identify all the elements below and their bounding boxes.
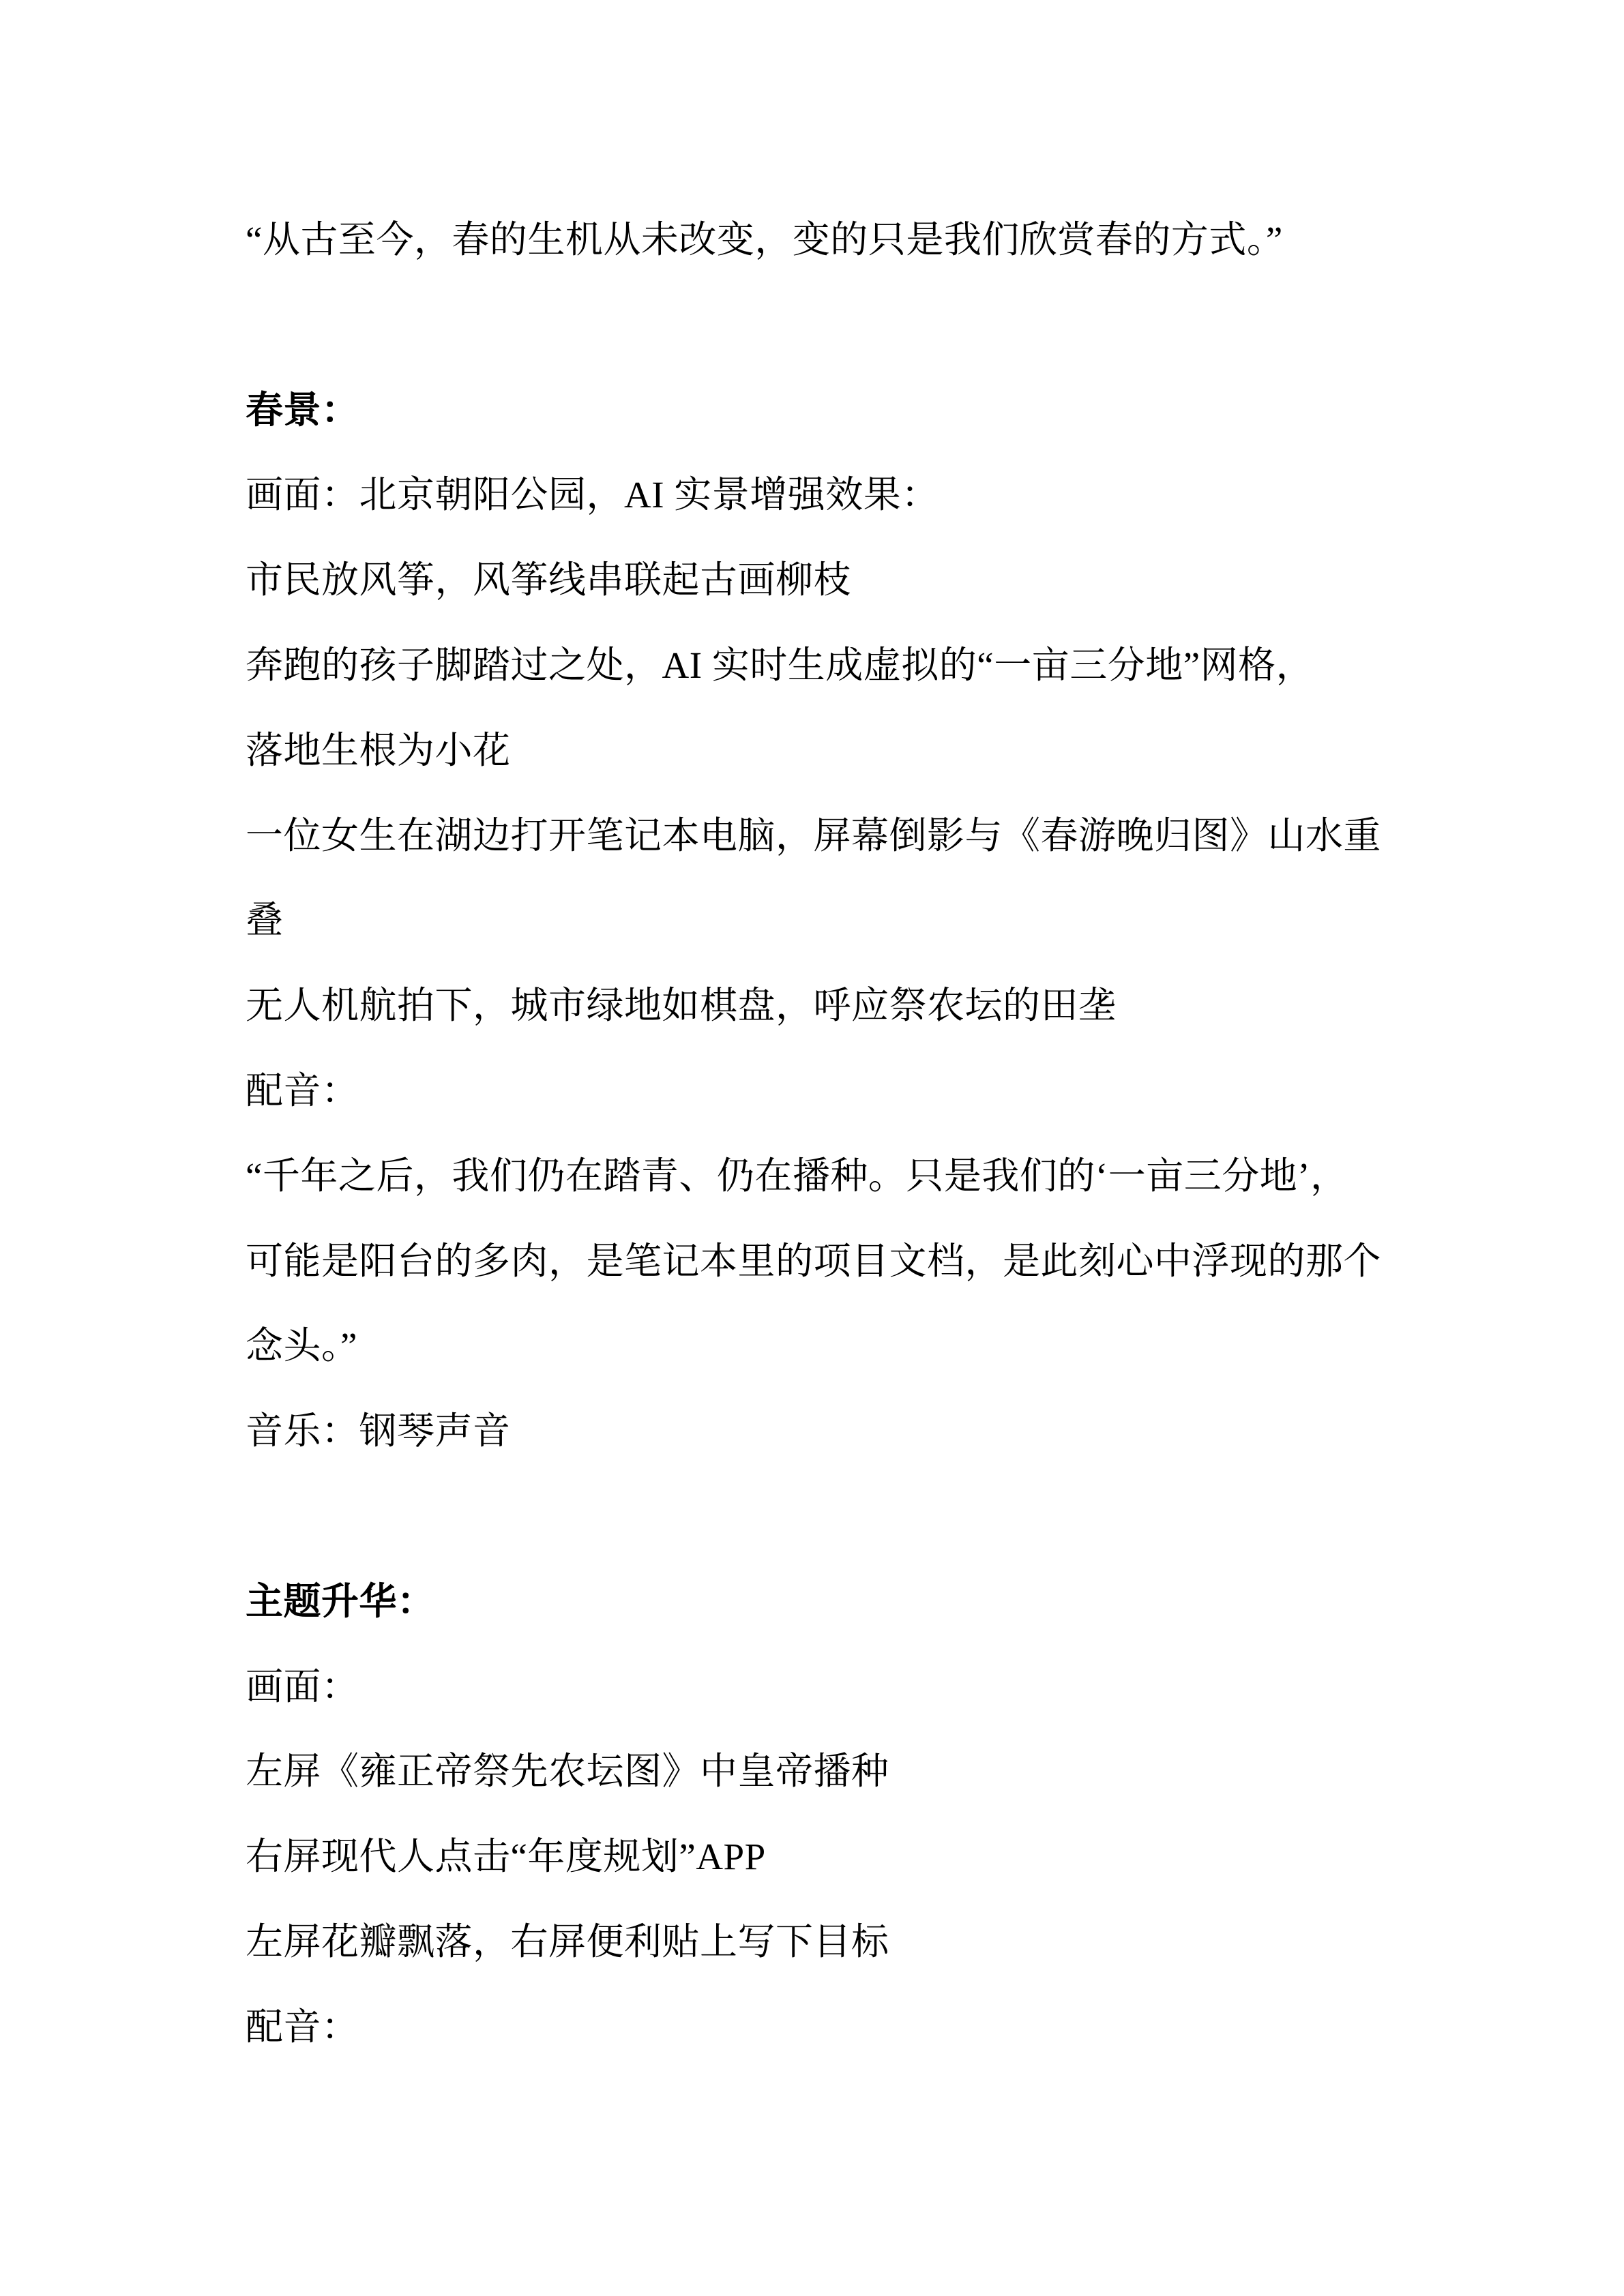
text-line: 春景： [246, 368, 1378, 453]
text-line: 画面：北京朝阳公园，AI 实景增强效果： [246, 453, 1378, 538]
text-line: 音乐：钢琴声音 [246, 1389, 1378, 1474]
text-line: 主题升华： [246, 1560, 1378, 1645]
text-line: 叠 [246, 878, 1378, 964]
text-line: 一位女生在湖边打开笔记本电脑，屏幕倒影与《春游晚归图》山水重 [246, 794, 1378, 879]
text-line: 无人机航拍下，城市绿地如棋盘，呼应祭农坛的田垄 [246, 964, 1378, 1049]
text-line: 右屏现代人点击“年度规划”APP [246, 1815, 1378, 1900]
blank-line [246, 1474, 1378, 1560]
blank-line [246, 283, 1378, 368]
text-line: “从古至今，春的生机从未改变，变的只是我们欣赏春的方式。” [246, 198, 1378, 283]
text-line: 配音： [246, 1985, 1378, 2070]
document-content: “从古至今，春的生机从未改变，变的只是我们欣赏春的方式。”春景：画面：北京朝阳公… [246, 198, 1378, 2070]
text-line: 市民放风筝，风筝线串联起古画柳枝 [246, 538, 1378, 623]
text-line: 左屏《雍正帝祭先农坛图》中皇帝播种 [246, 1729, 1378, 1815]
text-line: 念头。” [246, 1304, 1378, 1389]
text-line: 奔跑的孩子脚踏过之处，AI 实时生成虚拟的“一亩三分地”网格， [246, 623, 1378, 709]
text-line: 可能是阳台的多肉，是笔记本里的项目文档，是此刻心中浮现的那个 [246, 1219, 1378, 1304]
text-line: 左屏花瓣飘落，右屏便利贴上写下目标 [246, 1900, 1378, 1985]
text-line: 配音： [246, 1049, 1378, 1134]
text-line: “千年之后，我们仍在踏青、仍在播种。只是我们的‘一亩三分地’， [246, 1134, 1378, 1219]
document-page: “从古至今，春的生机从未改变，变的只是我们欣赏春的方式。”春景：画面：北京朝阳公… [0, 0, 1624, 2296]
text-line: 落地生根为小花 [246, 709, 1378, 794]
text-line: 画面： [246, 1645, 1378, 1730]
